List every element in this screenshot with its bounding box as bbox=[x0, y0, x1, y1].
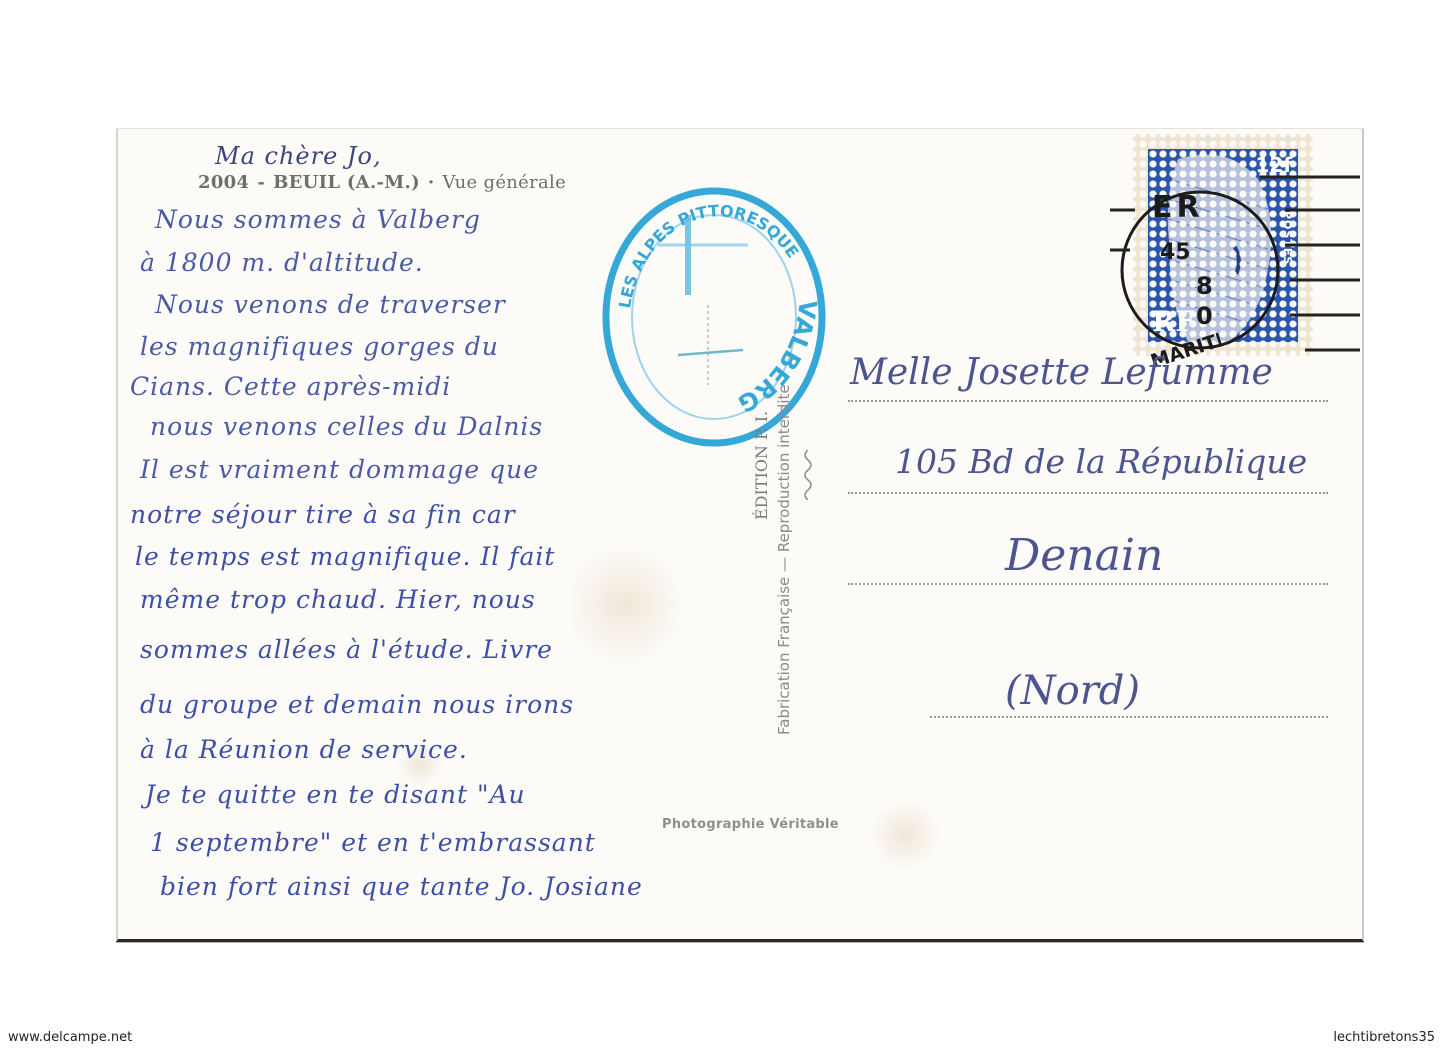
message-line: à la Réunion de service. bbox=[140, 735, 468, 764]
address-city: Denain bbox=[1005, 530, 1163, 581]
postmark-date-1: 45 bbox=[1160, 240, 1191, 265]
message-line: Je te quitte en te disant "Au bbox=[145, 780, 526, 809]
valberg-oval-cachet: VALBERG LES ALPES PITTORESQUES bbox=[598, 185, 828, 450]
postcard-caption: 2004-BEUIL (A.-M.)·Vue générale bbox=[198, 172, 566, 193]
postmark-date-3: 0 bbox=[1196, 302, 1213, 330]
caption-place: BEUIL (A.-M.) bbox=[273, 172, 420, 193]
address-line bbox=[848, 583, 1328, 585]
message-line: Nous sommes à Valberg bbox=[155, 205, 481, 234]
message-line: Cians. Cette après-midi bbox=[130, 372, 451, 401]
postmark-date-2: 8 bbox=[1196, 272, 1213, 300]
caption-title: Vue générale bbox=[442, 172, 566, 193]
message-line: sommes allées à l'étude. Livre bbox=[140, 635, 553, 664]
message-line: le temps est magnifique. Il fait bbox=[135, 542, 555, 571]
message-line: nous venons celles du Dalnis bbox=[150, 412, 543, 441]
postmark-town: ER bbox=[1152, 190, 1204, 225]
message-line: les magnifiques gorges du bbox=[140, 332, 499, 361]
message-line: 1 septembre" et en t'embrassant bbox=[150, 828, 596, 857]
message-line: du groupe et demain nous irons bbox=[140, 690, 574, 719]
message-line: bien fort ainsi que tante Jo. Josiane bbox=[160, 872, 643, 901]
message-line: notre séjour tire à sa fin car bbox=[130, 500, 516, 529]
caption-number: 2004 bbox=[198, 172, 249, 193]
footer-seller: lechtibretons35 bbox=[1333, 1030, 1435, 1045]
address-line bbox=[848, 400, 1328, 402]
address-street: 105 Bd de la République bbox=[895, 442, 1307, 481]
address-department: (Nord) bbox=[1005, 668, 1140, 714]
address-line bbox=[930, 716, 1328, 718]
address-line bbox=[848, 492, 1328, 494]
divider-squiggle bbox=[802, 450, 814, 500]
address-recipient: Melle Josette Lefumme bbox=[850, 352, 1273, 393]
message-line: même trop chaud. Hier, nous bbox=[140, 585, 536, 614]
greeting: Ma chère Jo, bbox=[215, 142, 382, 170]
publisher-vertical: ÉDITION P. I. bbox=[752, 411, 771, 520]
footer-site: www.delcampe.net bbox=[8, 1030, 132, 1045]
fabrication-vertical: Fabrication Française — Reproduction int… bbox=[775, 384, 793, 735]
message-line: Il est vraiment dommage que bbox=[140, 455, 539, 484]
message-line: à 1800 m. d'altitude. bbox=[140, 248, 424, 277]
stain bbox=[570, 540, 680, 670]
stain bbox=[870, 800, 940, 870]
photo-note: Photographie Véritable bbox=[662, 817, 839, 832]
message-line: Nous venons de traverser bbox=[155, 290, 506, 319]
